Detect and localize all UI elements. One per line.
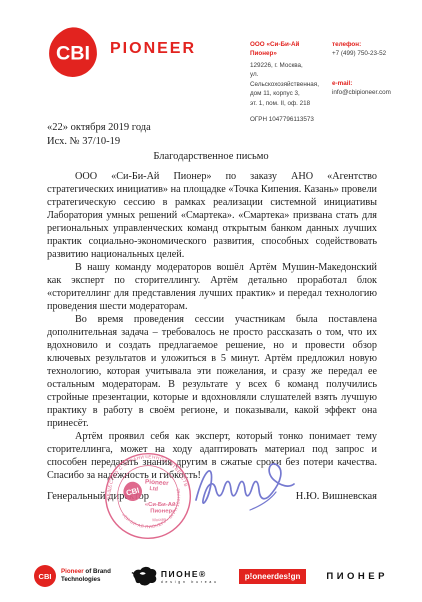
company-info: ООО «Си-Би-Ай Пионер» 129226, г. Москва,… — [250, 40, 328, 125]
company-name: ООО «Си-Би-Ай Пионер» — [250, 40, 328, 59]
company-ogrn: ОГРН 1047796113573 — [250, 115, 328, 124]
stamp-ltd-text: Ltd — [149, 486, 158, 493]
pioner-bureau-text: ПИОНЕ® design bureau — [161, 569, 219, 584]
stamp-ru-name2: Пионер» — [150, 509, 175, 515]
stamp-city: Москва — [152, 516, 167, 522]
pioner-bureau-sub: design bureau — [161, 580, 219, 584]
cbi-brand-text: Pioneer of Brand Technologies — [61, 568, 111, 585]
pioneer-word: Pioneer — [61, 568, 84, 575]
director-signature — [190, 448, 298, 524]
footer-logos: CBI Pioneer of Brand Technologies ПИОНЕ®… — [0, 556, 422, 596]
company-contacts: телефон: +7 (499) 750-23-52 e-mail: info… — [332, 40, 402, 98]
letter-page: CBI PIONEER ООО «Си-Би-Ай Пионер» 129226… — [0, 0, 422, 602]
cbi-blob-icon: CBI — [44, 26, 102, 78]
logo-cbi-text: CBI — [56, 42, 90, 64]
letter-date: «22» октября 2019 года — [47, 121, 151, 135]
phone-number: +7 (499) 750-23-52 — [332, 49, 402, 58]
company-address-line: 129226, г. Москва, — [250, 61, 328, 70]
email-address: info@cbipioneer.com — [332, 88, 402, 97]
paragraph: В нашу команду модераторов вошёл Артём М… — [47, 261, 377, 313]
company-address-line: ул. Сельскохозяйственная, — [250, 70, 328, 89]
pioner-bureau-name: ПИОНЕ® — [161, 569, 219, 579]
ink-splat-icon — [131, 565, 157, 587]
of-brand-word: of Brand — [84, 568, 111, 575]
company-address-line: эт. 1, пом. II, оф. 218 — [250, 99, 328, 108]
paragraph: Во время проведения сессии участникам бы… — [47, 313, 377, 430]
letter-body: ООО «Си-Би-Ай Пионер» по заказу АНО «Аге… — [47, 170, 377, 482]
footer-logo-pioneerdesign: p!oneerdes!gn — [239, 569, 307, 584]
company-address-line: дом 11, корпус 3, — [250, 89, 328, 98]
stamp-ru-name1: «Си-Би-Ай — [145, 501, 176, 508]
signoff-name: Н.Ю. Вишневская — [296, 491, 377, 502]
date-block: «22» октября 2019 года Исх. № 37/10-19 — [47, 121, 151, 149]
header-logo: CBI PIONEER — [44, 26, 196, 78]
letter-title: Благодарственное письмо — [0, 151, 422, 162]
logo-pioneer-text: PIONEER — [110, 40, 196, 58]
footer-logo-cbi-brand: CBI Pioneer of Brand Technologies — [34, 565, 111, 587]
phone-label: телефон: — [332, 40, 402, 49]
paragraph: ООО «Си-Би-Ай Пионер» по заказу АНО «Аге… — [47, 170, 377, 261]
technologies-word: Technologies — [61, 576, 111, 584]
footer-logo-pioner-bureau: ПИОНЕ® design bureau — [131, 565, 219, 587]
letter-outgoing-ref: Исх. № 37/10-19 — [47, 135, 151, 149]
email-label: e-mail: — [332, 79, 402, 88]
footer-logo-pioner-wordmark: ПИОНЕР — [326, 571, 388, 582]
cbi-circle-icon: CBI — [34, 565, 56, 587]
